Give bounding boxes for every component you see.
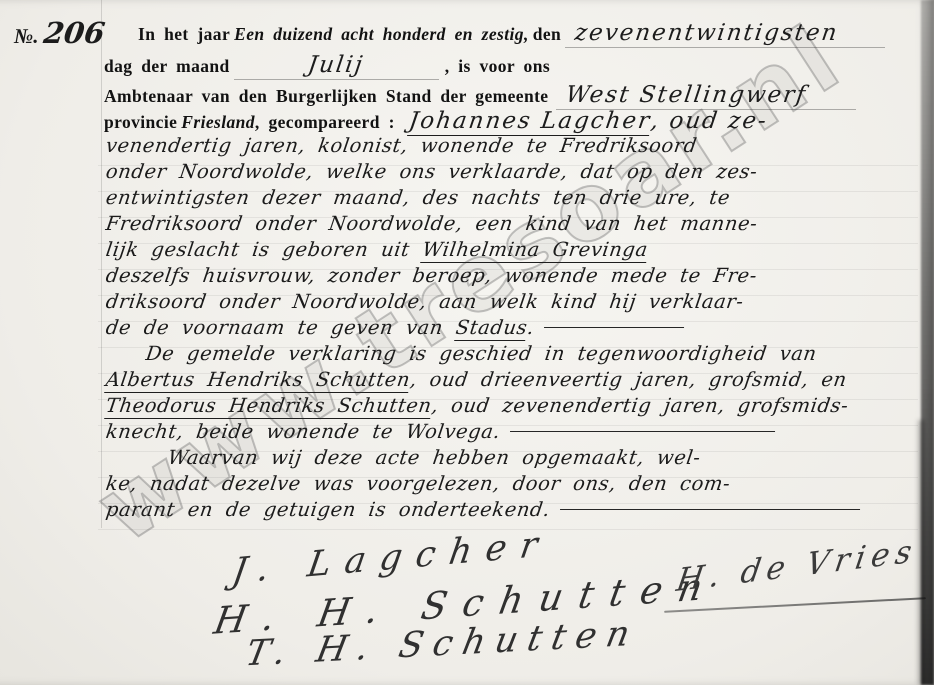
- manuscript-line: ke, nadat dezelve was voorgelezen, door …: [104, 472, 930, 498]
- manuscript-line: Albertus Hendriks Schutten, oud drieenve…: [104, 368, 930, 394]
- handwritten-municipality: West Stellingwerf: [565, 82, 809, 108]
- manuscript-line: driksoord onder Noordwolde, aan welk kin…: [104, 290, 930, 316]
- printed-text: Ambtenaar van den Burgerlijken Stand der…: [104, 86, 548, 107]
- manuscript-line: Theodorus Hendriks Schutten, oud zevenen…: [104, 394, 930, 420]
- manuscript-line: onder Noordwolde, welke ons verklaarde, …: [104, 160, 930, 186]
- manuscript-line: Fredriksoord onder Noordwolde, een kind …: [104, 212, 930, 238]
- printed-text-italic: Friesland: [181, 112, 255, 133]
- filler-dash-line: [510, 431, 775, 432]
- header-line-1: In het jaar Een duizend acht honderd en …: [138, 20, 885, 48]
- header-line-2: dag der maand Julij , is voor ons: [104, 52, 550, 80]
- manuscript-line: venendertig jaren, kolonist, wonende te …: [104, 134, 930, 160]
- act-number-label: №.: [14, 24, 38, 48]
- printed-text: provincie: [104, 112, 177, 133]
- header-line-4: provincie Friesland , gecompareerd : Joh…: [104, 108, 778, 137]
- printed-text: , gecompareerd :: [255, 112, 395, 133]
- act-number: №. 206: [14, 16, 105, 50]
- printed-text: den: [533, 24, 561, 45]
- printed-text: dag der maand: [104, 56, 230, 77]
- manuscript-line: deszelfs huisvrouw, zonder beroep, wonen…: [104, 264, 930, 290]
- printed-text: , is voor ons: [445, 56, 550, 77]
- manuscript-line: parant en de getuigen is onderteekend.: [104, 498, 930, 524]
- printed-text-italic: Een duizend acht honderd en zestig,: [234, 24, 529, 45]
- body-lines: venendertig jaren, kolonist, wonende te …: [104, 134, 926, 524]
- scan-edge-dark-strip: [921, 0, 934, 685]
- filler-dash-line: [544, 327, 684, 328]
- underlined-name: Stadus: [454, 316, 529, 341]
- manuscript-line: entwintigsten dezer maand, des nachts te…: [104, 186, 930, 212]
- handwritten-month: Julij: [306, 52, 366, 78]
- manuscript-line: knecht, beide wonende te Wolvega.: [104, 420, 930, 446]
- filler-dash-line: [560, 509, 860, 510]
- underlined-name: Wilhelmina Grevinga: [421, 238, 650, 263]
- header-line-3: Ambtenaar van den Burgerlijken Stand der…: [104, 82, 856, 110]
- handwritten-declarant-rest: , oud ze-: [649, 108, 769, 134]
- underlined-name: Theodorus Hendriks Schutten: [104, 394, 433, 419]
- signature-registrar: H. de Vries: [674, 533, 920, 600]
- handwritten-declarant-name: Johannes Lagcher: [407, 108, 653, 136]
- handwritten-day: zevenentwintigsten: [573, 20, 840, 46]
- margin-rule-line: [101, 0, 102, 528]
- manuscript-line: de de voornaam te geven van Stadus.: [104, 316, 930, 342]
- manuscript-line: lijk geslacht is geboren uit Wilhelmina …: [104, 238, 930, 264]
- act-number-value: 206: [42, 16, 107, 50]
- manuscript-line: De gemelde verklaring is geschied in teg…: [144, 342, 930, 368]
- printed-text: In het jaar: [138, 24, 230, 45]
- manuscript-line: Waarvan wij deze acte hebben opgemaakt, …: [166, 446, 930, 472]
- birth-certificate-scan: www.tresoar.nl №. 206 In het jaar Een du…: [0, 0, 934, 685]
- underlined-name: Albertus Hendriks Schutten: [104, 368, 412, 393]
